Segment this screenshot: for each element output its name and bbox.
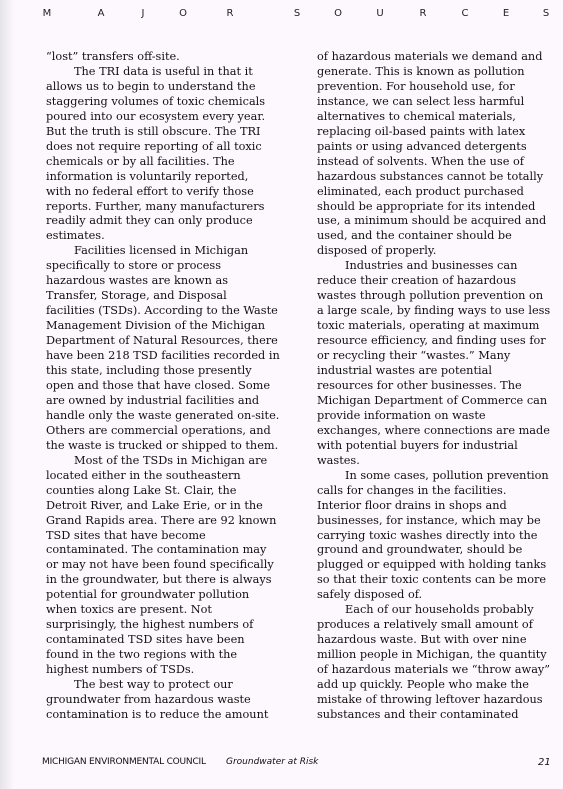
text-line: reports. Further, many manufacturers [46,200,286,215]
text-line: hazardous waste. But with over nine [317,633,557,648]
text-line: Industries and businesses can [317,259,557,274]
text-line: replacing oil-based paints with latex [317,125,557,140]
text-line: or recycling their “wastes.” Many [317,349,557,364]
text-line: poured into our ecosystem every year. [46,110,286,125]
text-line: this state, including those presently [46,364,286,379]
text-line: use, a minimum should be acquired and [317,214,557,229]
text-line: contaminated. The contamination may [46,543,286,558]
running-header: MAJORSOURCES [0,8,563,24]
text-line: wastes through pollution prevention on [317,289,557,304]
text-line: Each of our households probably [317,603,557,618]
text-line: TSD sites that have become [46,529,286,544]
text-line: The best way to protect our [46,678,286,693]
text-line: generate. This is known as pollution [317,65,557,80]
text-line: Detroit River, and Lake Erie, or in the [46,499,286,514]
text-line: businesses, for instance, which may be [317,514,557,529]
footer-organization: MICHIGAN ENVIRONMENTAL COUNCIL [42,757,206,767]
text-line: surprisingly, the highest numbers of [46,618,286,633]
header-letter: A [98,8,105,19]
header-letter: J [142,8,145,19]
text-line: produces a relatively small amount of [317,618,557,633]
text-line: Interior floor drains in shops and [317,499,557,514]
text-line: so that their toxic contents can be more [317,573,557,588]
text-line: Others are commercial operations, and [46,424,286,439]
text-line: Michigan Department of Commerce can [317,394,557,409]
text-line: Transfer, Storage, and Disposal [46,289,286,304]
text-line: in the groundwater, but there is always [46,573,286,588]
text-line: facilities (TSDs). According to the Wast… [46,304,286,319]
text-line: exchanges, where connections are made [317,424,557,439]
text-line: of hazardous materials we “throw away” [317,663,557,678]
text-line: handle only the waste generated on-site. [46,409,286,424]
text-line: staggering volumes of toxic chemicals [46,95,286,110]
text-line: “lost” transfers off-site. [46,50,286,65]
text-line: does not require reporting of all toxic [46,140,286,155]
text-line: estimates. [46,229,286,244]
text-line: wastes. [317,454,557,469]
text-line: The TRI data is useful in that it [46,65,286,80]
text-line: of hazardous materials we demand and [317,50,557,65]
text-line: when toxics are present. Not [46,603,286,618]
text-line: contamination is to reduce the amount [46,708,286,723]
text-line: reduce their creation of hazardous [317,274,557,289]
header-letter: R [227,8,234,19]
text-line: should be appropriate for its intended [317,200,557,215]
text-line: hazardous substances cannot be totally [317,170,557,185]
text-line: toxic materials, operating at maximum [317,319,557,334]
text-line: prevention. For household use, for [317,80,557,95]
text-line: paints or using advanced detergents [317,140,557,155]
right-column: of hazardous materials we demand andgene… [317,50,557,723]
header-letter: S [543,8,549,19]
text-line: or may not have been found specifically [46,558,286,573]
text-line: resources for other businesses. The [317,379,557,394]
text-line: provide information on waste [317,409,557,424]
text-line: add up quickly. People who make the [317,678,557,693]
text-line: with potential buyers for industrial [317,439,557,454]
text-line: allows us to begin to understand the [46,80,286,95]
text-line: counties along Lake St. Clair, the [46,484,286,499]
text-line: have been 218 TSD facilities recorded in [46,349,286,364]
header-letter: O [179,8,187,19]
text-line: Grand Rapids area. There are 92 known [46,514,286,529]
text-line: mistake of throwing leftover hazardous [317,693,557,708]
left-column: “lost” transfers off-site.The TRI data i… [46,50,286,723]
footer: MICHIGAN ENVIRONMENTAL COUNCIL Groundwat… [0,757,563,771]
text-line: But the truth is still obscure. The TRI [46,125,286,140]
text-line: Department of Natural Resources, there [46,334,286,349]
text-line: ground and groundwater, should be [317,543,557,558]
text-line: groundwater from hazardous waste [46,693,286,708]
text-line: substances and their contaminated [317,708,557,723]
text-line: calls for changes in the facilities. [317,484,557,499]
text-line: highest numbers of TSDs. [46,663,286,678]
text-line: hazardous wastes are known as [46,274,286,289]
header-letter: O [334,8,342,19]
text-line: In some cases, pollution prevention [317,469,557,484]
header-letter: C [462,8,469,19]
footer-publication-title: Groundwater at Risk [226,757,318,767]
text-line: information is voluntarily reported, [46,170,286,185]
page-number: 21 [538,757,551,768]
text-line: located either in the southeastern [46,469,286,484]
header-letter: M [43,8,52,19]
text-line: disposed of properly. [317,244,557,259]
text-line: plugged or equipped with holding tanks [317,558,557,573]
header-letter: E [503,8,509,19]
text-line: Facilities licensed in Michigan [46,244,286,259]
text-line: alternatives to chemical materials, [317,110,557,125]
text-line: resource efficiency, and finding uses fo… [317,334,557,349]
header-letter: S [294,8,300,19]
text-line: used, and the container should be [317,229,557,244]
text-line: are owned by industrial facilities and [46,394,286,409]
page-edge-shadow [0,0,14,789]
text-line: specifically to store or process [46,259,286,274]
text-line: instead of solvents. When the use of [317,155,557,170]
text-line: readily admit they can only produce [46,214,286,229]
text-line: industrial wastes are potential [317,364,557,379]
text-line: contaminated TSD sites have been [46,633,286,648]
text-line: potential for groundwater pollution [46,588,286,603]
text-line: the waste is trucked or shipped to them. [46,439,286,454]
text-line: open and those that have closed. Some [46,379,286,394]
header-letter: R [420,8,427,19]
text-line: a large scale, by finding ways to use le… [317,304,557,319]
text-line: Most of the TSDs in Michigan are [46,454,286,469]
text-line: Management Division of the Michigan [46,319,286,334]
text-line: million people in Michigan, the quantity [317,648,557,663]
text-line: found in the two regions with the [46,648,286,663]
text-line: eliminated, each product purchased [317,185,557,200]
text-line: carrying toxic washes directly into the [317,529,557,544]
text-line: chemicals or by all facilities. The [46,155,286,170]
header-letter: U [376,8,383,19]
text-line: safely disposed of. [317,588,557,603]
text-line: instance, we can select less harmful [317,95,557,110]
text-line: with no federal effort to verify those [46,185,286,200]
